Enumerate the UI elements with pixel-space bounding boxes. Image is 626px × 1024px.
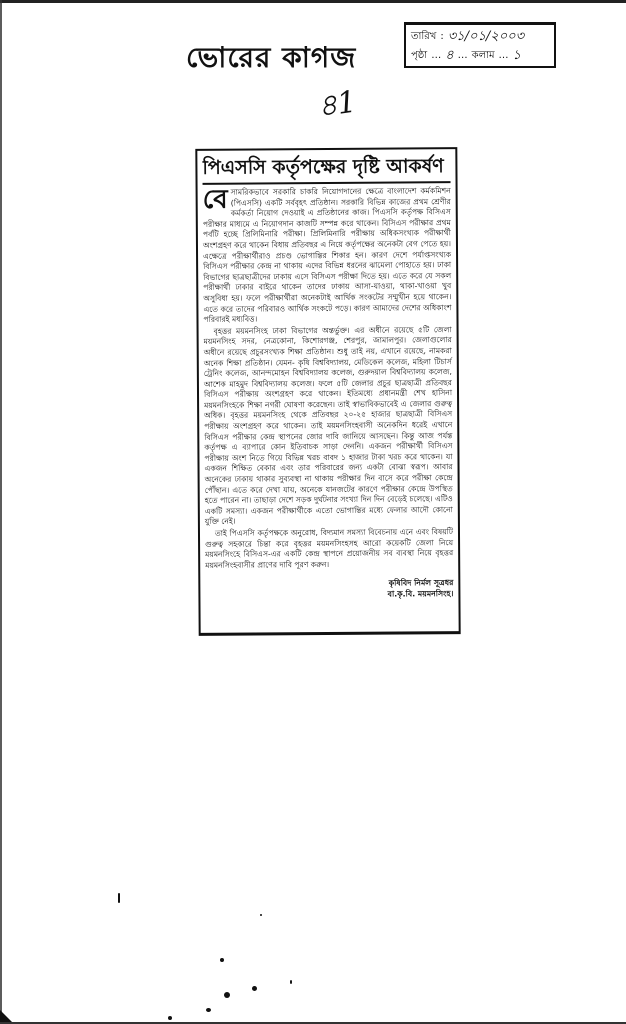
- scan-speck: [290, 980, 292, 984]
- scan-left-edge: [0, 0, 2, 1024]
- scan-speck: [206, 1008, 211, 1012]
- stamp-date-value: ৩১/০১/২০০৩: [448, 27, 524, 46]
- scan-speck: [252, 986, 257, 991]
- date-page-stamp: তারিখ: ৩১/০১/২০০৩ পৃষ্ঠা… ৪ … কলাম… ১: [404, 22, 556, 68]
- author-affiliation: বা.কৃ.বি. ময়মনসিংহ।: [205, 589, 453, 602]
- scan-corner-mark: [0, 1010, 12, 1022]
- stamp-page-label: পৃষ্ঠা: [411, 46, 427, 65]
- stamp-date-label: তারিখ: [411, 27, 436, 46]
- scan-speck: [220, 958, 224, 962]
- article-paragraph: বে সামরিকভাবে সরকারি চাকরি নিয়োগদানের ক…: [203, 186, 452, 325]
- handwritten-number: ৪1: [315, 78, 360, 134]
- article-paragraph: বৃহত্তর ময়মনসিংহ ঢাকা বিভাগের অন্তর্ভুক…: [204, 325, 453, 528]
- scan-speck: [118, 893, 120, 903]
- stamp-date-row: তারিখ: ৩১/০১/২০০৩: [411, 27, 549, 46]
- article-headline: পিএসসি কর্তৃপক্ষের দৃষ্টি আকর্ষণ: [202, 153, 450, 185]
- article-signature: কৃষিবিদ নির্মল সূত্রধর বা.কৃ.বি. ময়মনসি…: [205, 578, 453, 602]
- scan-top-edge: [0, 0, 626, 3]
- stamp-page-row: পৃষ্ঠা… ৪ … কলাম… ১: [411, 46, 549, 65]
- stamp-column-label: কলাম: [472, 46, 495, 65]
- newspaper-clipping: পিএসসি কর্তৃপক্ষের দৃষ্টি আকর্ষণ বে সামর…: [195, 147, 460, 636]
- stamp-page-value: ৪: [445, 46, 453, 65]
- article-body: বে সামরিকভাবে সরকারি চাকরি নিয়োগদানের ক…: [203, 186, 454, 571]
- article-paragraph: তাই পিএসসি কর্তৃপক্ষকে অনুরোধ, বিদ্যমান …: [205, 527, 453, 571]
- scan-speck: [260, 914, 262, 916]
- scan-speck: [168, 1016, 172, 1020]
- stamp-column-value: ১: [513, 46, 521, 65]
- newspaper-masthead: ভোরের কাগজ: [186, 36, 356, 83]
- drop-cap: বে: [203, 189, 228, 211]
- scan-speck: [224, 992, 230, 998]
